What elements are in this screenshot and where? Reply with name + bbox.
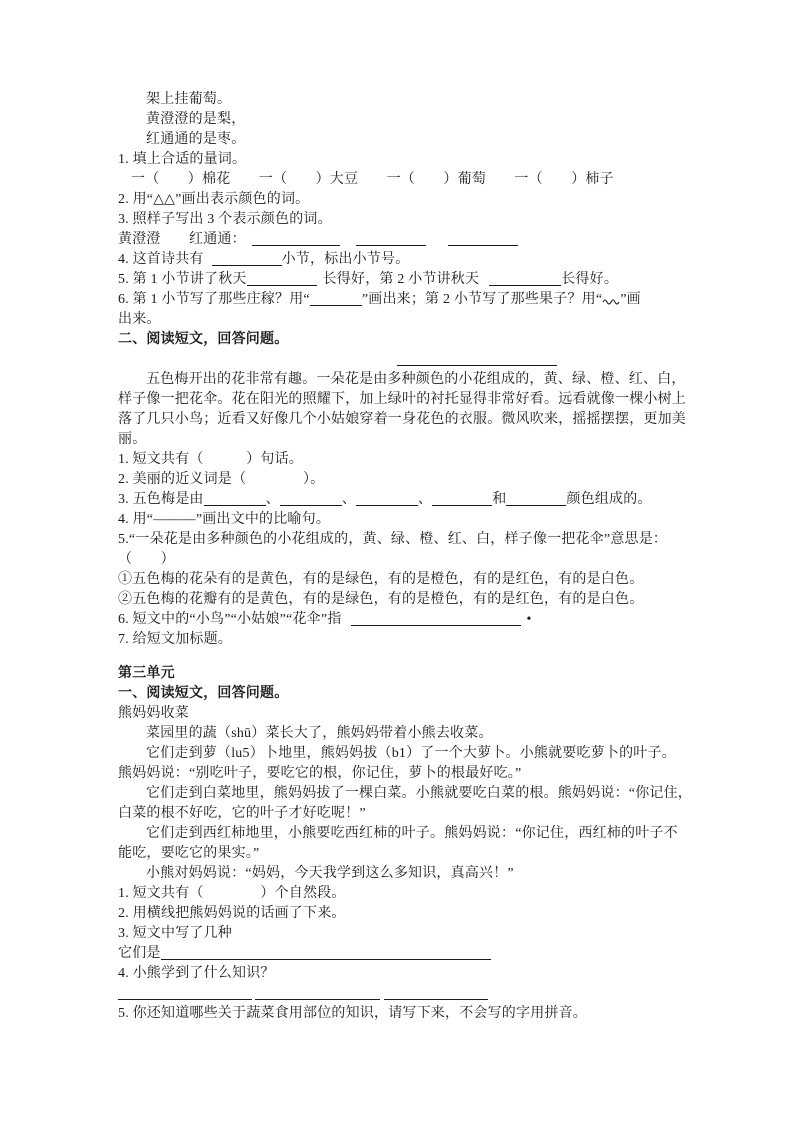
question-line: 3. 照样子写出 3 个表示颜色的词。 — [118, 210, 698, 230]
text-run: 3. 照样子写出 3 个表示颜色的词。 — [118, 212, 332, 227]
section-heading: 二、阅读短文，回答问题。 — [118, 330, 698, 350]
blank-underline — [432, 492, 492, 506]
text-run: 4. 这首诗共有 — [118, 252, 204, 267]
text-run: 1. 短文共有（ ）句话。 — [118, 452, 303, 467]
text-run: 5.“一朵花是由多种颜色的小花组成的，黄、绿、橙、红、白，样子像一把花伞”意思是… — [118, 532, 667, 547]
answer-blank-line: 它们是 — [118, 944, 698, 964]
text-run: 黄澄澄的是梨， — [146, 112, 245, 127]
blank-underline — [204, 492, 266, 506]
question-line: 1. 短文共有（ ）个自然段。 — [118, 884, 698, 904]
passage-line: 白菜的根不好吃，它的叶子才好吃呢！” — [118, 804, 698, 824]
answer-blank-line: 黄澄澄 红通通： — [118, 230, 698, 250]
blank-underline — [161, 946, 491, 960]
question-line: 5.“一朵花是由多种颜色的小花组成的，黄、绿、橙、红、白，样子像一把花伞”意思是… — [118, 530, 698, 550]
text-run: 一（ ）棉花 一（ ）大豆 一（ ）葡萄 一（ ）柿子 — [131, 172, 614, 187]
text-run: 熊妈妈收菜 — [118, 706, 189, 721]
spacer-gap — [479, 282, 489, 283]
text-run: 3. 五色梅是由 — [118, 492, 204, 507]
text-run: 5. 你还知道哪些关于蔬菜食用部位的知识，请写下来，不会写的字用拼音。 — [118, 1006, 587, 1021]
text-run: 5. 第 1 小节讲了秋天 — [118, 272, 247, 287]
text-run: 熊妈妈说：“别吃叶子，要吃它的根，你记住，萝卜的根最好吃。” — [118, 766, 521, 781]
text-run: 6. 短文中的“小鸟”“小姑娘”“花伞”指 — [118, 612, 341, 627]
question-line: 一（ ）棉花 一（ ）大豆 一（ ）葡萄 一（ ）柿子 — [118, 170, 698, 190]
passage-line: 它们走到萝（lu5）卜地里，熊妈妈拔（b1）了一个大萝卜。小熊就要吃萝卜的叶子。 — [118, 744, 698, 764]
text-run: 7. 给短文加标题。 — [118, 632, 232, 647]
question-line: 5. 你还知道哪些关于蔬菜食用部位的知识，请写下来，不会写的字用拼音。 — [118, 1004, 698, 1024]
text-run: 颜色组成的。 — [566, 492, 651, 507]
blank-underline — [247, 272, 317, 286]
blank-underline — [212, 252, 282, 266]
wavy-line-icon — [602, 297, 620, 305]
text-run: 出来。 — [118, 312, 161, 327]
question-line: 1. 填上合适的量词。 — [118, 150, 698, 170]
blank-underline — [118, 986, 252, 1000]
text-run: 4. 用“———”画出文中的比喻句。 — [118, 512, 330, 527]
passage-line: 它们走到白菜地里，熊妈妈拔了一棵白菜。小熊就要吃白菜的根。熊妈妈说：“你记住， — [118, 784, 698, 804]
passage-title: 熊妈妈收菜 — [118, 704, 698, 724]
choice-line: ①五色梅的花朵有的是黄色，有的是绿色，有的是橙色，有的是红色，有的是白色。 — [118, 570, 698, 590]
text-run: 2. 用“△△”画出表示颜色的词。 — [118, 192, 309, 207]
text-run: 和 — [492, 492, 506, 507]
passage-line: 菜园里的蔬（shū）菜长大了，熊妈妈带着小熊去收菜。 — [118, 724, 698, 744]
answer-blank-line — [118, 984, 698, 1004]
text-run: 3. 短文中写了几种 — [118, 926, 232, 941]
question-line: 6. 第 1 小节写了那些庄稼？用“”画出来；第 2 小节写了那些果子？用“”画 — [118, 290, 698, 310]
spacer-gap — [341, 622, 351, 623]
question-line: 6. 短文中的“小鸟”“小姑娘”“花伞”指• — [118, 610, 698, 630]
passage-line: 能吃，要吃它的果实。” — [118, 844, 698, 864]
text-run: 长得好。 — [561, 272, 618, 287]
poem-line: 架上挂葡萄。 — [118, 90, 698, 110]
text-run: ”画 — [620, 292, 641, 307]
blank-underline — [356, 492, 418, 506]
document-body: 架上挂葡萄。黄澄澄的是梨，红通通的是枣。1. 填上合适的量词。一（ ）棉花 一（… — [118, 90, 698, 1024]
text-run: 五色梅开出的花非常有趣。一朵花是由多种颜色的小花组成的，黄、绿、橙、红、白， — [146, 372, 686, 387]
text-run: 、 — [342, 492, 356, 507]
text-run: 落了几只小鸟；近看又好像几个小姑娘穿着一身花色的衣服。微风吹来，摇摇摆摆，更加美 — [118, 412, 686, 427]
text-run: 黄澄澄 红通通： — [118, 232, 246, 247]
question-line: 3. 五色梅是由、、、和颜色组成的。 — [118, 490, 698, 510]
text-run: 1. 填上合适的量词。 — [118, 152, 246, 167]
passage-line: 五色梅开出的花非常有趣。一朵花是由多种颜色的小花组成的，黄、绿、橙、红、白， — [118, 370, 698, 390]
poem-line: 红通通的是枣。 — [118, 130, 698, 150]
blank-underline — [356, 232, 426, 246]
question-line: 5. 第 1 小节讲了秋天长得好，第 2 小节讲秋天长得好。 — [118, 270, 698, 290]
unit-heading: 第三单元 — [118, 664, 698, 684]
text-run: 长得好，第 2 小节讲秋天 — [323, 272, 480, 287]
blank-underline — [384, 986, 488, 1000]
text-run: 白菜的根不好吃，它的叶子才好吃呢！” — [118, 806, 366, 821]
text-run: 菜园里的蔬（shū）菜长大了，熊妈妈带着小熊去收菜。 — [146, 726, 493, 741]
question-line: （ ） — [118, 550, 698, 570]
text-run: 能吃，要吃它的果实。” — [118, 846, 259, 861]
section-heading: 一、阅读短文，回答问题。 — [118, 684, 698, 704]
text-run: ②五色梅的花瓣有的是黄色，有的是绿色，有的是橙色，有的是红色，有的是白色。 — [118, 592, 643, 607]
text-run: 一、阅读短文，回答问题。 — [118, 686, 288, 701]
passage-line: 丽。 — [118, 430, 698, 450]
passage-line: 小熊对妈妈说：“妈妈，今天我学到这么多知识，真高兴！” — [118, 864, 698, 884]
text-run: 2. 美丽的近义词是（ ）。 — [118, 472, 324, 487]
question-line: 4. 小熊学到了什么知识？ — [118, 964, 698, 984]
question-line: 4. 这首诗共有小节，标出小节号。 — [118, 250, 698, 270]
text-run: 第三单元 — [118, 666, 175, 681]
question-line: 出来。 — [118, 310, 698, 330]
blank-underline — [397, 352, 557, 366]
blank-underline — [280, 492, 342, 506]
worksheet-page: 架上挂葡萄。黄澄澄的是梨，红通通的是枣。1. 填上合适的量词。一（ ）棉花 一（… — [0, 0, 793, 1122]
text-run: • — [526, 612, 531, 627]
text-run: 4. 小熊学到了什么知识？ — [118, 966, 275, 981]
blank-underline — [310, 292, 362, 306]
text-run: 、 — [418, 492, 432, 507]
blank-line — [118, 650, 698, 664]
question-line: 1. 短文共有（ ）句话。 — [118, 450, 698, 470]
text-run: 二、阅读短文，回答问题。 — [118, 332, 288, 347]
passage-line: 熊妈妈说：“别吃叶子，要吃它的根，你记住，萝卜的根最好吃。” — [118, 764, 698, 784]
passage-line: 它们走到西红柿地里，小熊要吃西红柿的叶子。熊妈妈说：“你记住，西红柿的叶子不 — [118, 824, 698, 844]
blank-underline — [506, 492, 566, 506]
blank-underline — [351, 612, 521, 626]
text-run: 小熊对妈妈说：“妈妈，今天我学到这么多知识，真高兴！” — [146, 866, 514, 881]
text-run: 、 — [266, 492, 280, 507]
text-run: 它们走到西红柿地里，小熊要吃西红柿的叶子。熊妈妈说：“你记住，西红柿的叶子不 — [146, 826, 678, 841]
poem-line: 黄澄澄的是梨， — [118, 110, 698, 130]
spacer-gap — [118, 362, 397, 363]
spacer-gap — [204, 262, 212, 263]
text-run: （ ） — [118, 552, 175, 567]
text-run: 架上挂葡萄。 — [146, 92, 231, 107]
text-run: 丽。 — [118, 432, 146, 447]
question-line: 7. 给短文加标题。 — [118, 630, 698, 650]
question-line: 3. 短文中写了几种 — [118, 924, 698, 944]
text-run: 6. 第 1 小节写了那些庄稼？用“ — [118, 292, 310, 307]
text-run: 它们是 — [118, 946, 161, 961]
text-run: 它们走到白菜地里，熊妈妈拔了一棵白菜。小熊就要吃白菜的根。熊妈妈说：“你记住， — [146, 786, 692, 801]
spacer-gap — [340, 242, 356, 243]
blank-underline — [448, 232, 518, 246]
text-run: 2. 用横线把熊妈妈说的话画了下来。 — [118, 906, 346, 921]
text-run: ①五色梅的花朵有的是黄色，有的是绿色，有的是橙色，有的是红色，有的是白色。 — [118, 572, 643, 587]
text-run: 小节，标出小节号。 — [282, 252, 410, 267]
question-line: 2. 用横线把熊妈妈说的话画了下来。 — [118, 904, 698, 924]
text-run: 1. 短文共有（ ）个自然段。 — [118, 886, 346, 901]
blank-underline — [255, 986, 380, 1000]
text-run: 它们走到萝（lu5）卜地里，熊妈妈拔（b1）了一个大萝卜。小熊就要吃萝卜的叶子。 — [146, 746, 676, 761]
text-run: ”画出来；第 2 小节写了那些果子？用“ — [362, 292, 602, 307]
choice-line: ②五色梅的花瓣有的是黄色，有的是绿色，有的是橙色，有的是红色，有的是白色。 — [118, 590, 698, 610]
passage-line: 落了几只小鸟；近看又好像几个小姑娘穿着一身花色的衣服。微风吹来，摇摇摆摆，更加美 — [118, 410, 698, 430]
question-line: 2. 用“△△”画出表示颜色的词。 — [118, 190, 698, 210]
spacer-gap — [426, 242, 448, 243]
text-run: 样子像一把花伞。花在阳光的照耀下，加上绿叶的衬托显得非常好看。远看就像一棵小树上 — [118, 392, 686, 407]
title-blank-line — [118, 350, 698, 370]
blank-underline — [252, 232, 340, 246]
question-line: 2. 美丽的近义词是（ ）。 — [118, 470, 698, 490]
text-run: 红通通的是枣。 — [146, 132, 245, 147]
question-line: 4. 用“———”画出文中的比喻句。 — [118, 510, 698, 530]
passage-line: 样子像一把花伞。花在阳光的照耀下，加上绿叶的衬托显得非常好看。远看就像一棵小树上 — [118, 390, 698, 410]
blank-underline — [489, 272, 561, 286]
